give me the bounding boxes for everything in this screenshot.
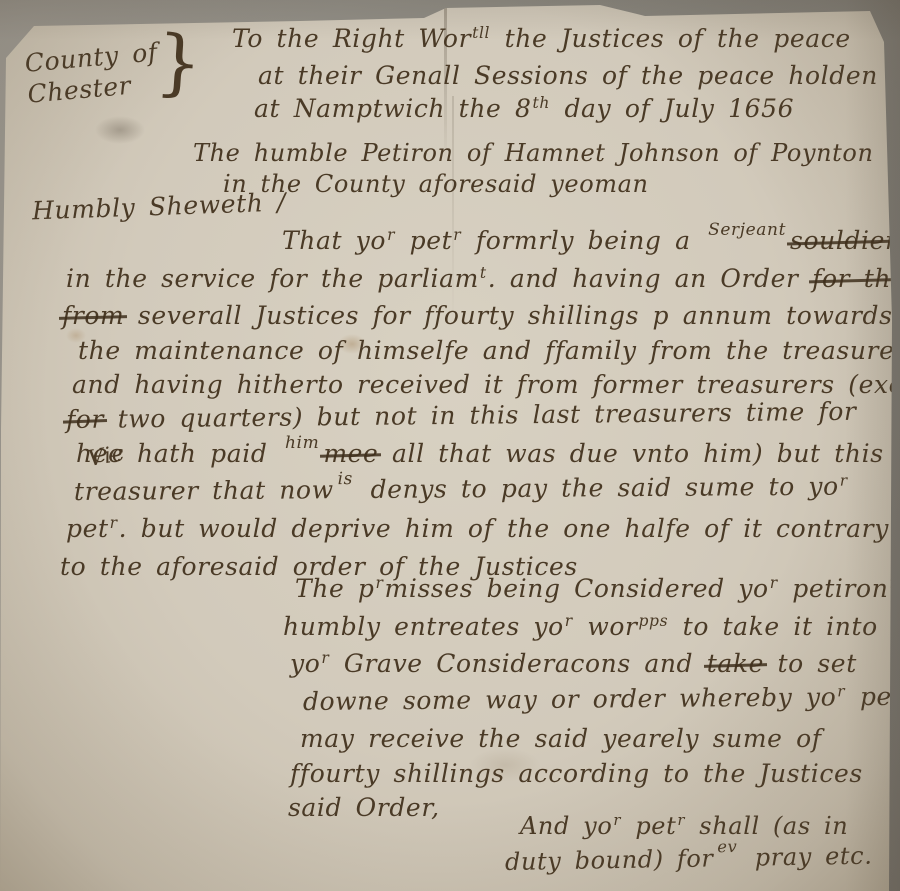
superscript-text: r	[321, 641, 329, 676]
superscript-text: pps	[639, 604, 669, 639]
struck-text: from	[62, 301, 124, 330]
superscript-text: r	[110, 506, 118, 541]
margin-note-sheweth: Humbly Sheweth /	[32, 188, 287, 226]
text-run: formrly being a	[462, 226, 704, 255]
text-run: in the County aforesaid yeoman	[223, 170, 649, 198]
manuscript-line: The humble Petiron of Hamnet Johnson of …	[193, 138, 874, 169]
text-run: pet	[846, 681, 900, 710]
stain-smudge	[95, 116, 145, 144]
text-run: wor	[574, 612, 638, 641]
text-run: to take it into	[669, 612, 878, 641]
text-run: pet	[66, 514, 109, 543]
text-run: ffourty shillings according to the Justi…	[290, 759, 863, 788]
struck-text: souldier	[790, 226, 898, 255]
manuscript-line: in the County aforesaid yeoman	[223, 169, 874, 200]
text-run: all that was due vnto him) but this	[378, 439, 883, 468]
heading-block: To the Right Wortll the Justices of the …	[232, 22, 878, 129]
text-run: . and having an Order	[488, 264, 812, 293]
salutation-block: The humble Petiron of Hamnet Johnson of …	[193, 138, 874, 200]
manuscript-line: To the Right Wortll the Justices of the …	[232, 22, 878, 59]
manuscript-line: petr. but would deprive him of the one h…	[66, 512, 900, 550]
interlinear-insertion: ev	[717, 830, 738, 863]
text-run: yo	[290, 649, 320, 678]
closing-prayer-block: The prmisses being Considered yor petiro…	[283, 572, 900, 826]
superscript-text: r	[613, 804, 621, 837]
text-run: in the service for the parliam	[66, 264, 479, 293]
manuscript-line: duty bound) forev pray etc.	[505, 840, 873, 881]
text-run: . but would deprive him of the one halfe…	[119, 514, 889, 543]
manuscript-line: The prmisses being Considered yor petiro…	[295, 572, 900, 610]
interlinear-insertion: him	[285, 426, 319, 461]
manuscript-line: yor Grave Consideracons and take to set	[290, 647, 900, 685]
text-run: severall Justices for ffourty shillings …	[124, 301, 892, 330]
text-run: humbly entreates yo	[283, 612, 564, 641]
petition-body-block: That yor petr formrly being a Serjeantso…	[60, 224, 900, 584]
text-run: at Namptwich the 8	[254, 94, 531, 123]
superscript-text: r	[770, 566, 778, 601]
text-run: Grave Consideracons and	[330, 649, 706, 678]
text-run: treasurer that now	[74, 475, 334, 506]
superscript-text: r	[840, 463, 848, 498]
text-run: pet	[396, 226, 452, 255]
manuscript-line: humbly entreates yor worpps to take it i…	[283, 610, 900, 648]
superscript-text: tll	[472, 17, 490, 50]
subscription-block: And yor petr shall (as induty bound) for…	[505, 810, 873, 881]
manuscript-line: That yor petr formrly being a Serjeantso…	[282, 224, 900, 262]
manuscript-line: ffourty shillings according to the Justi…	[290, 757, 900, 792]
text-run: two quarters) but not in this last treas…	[104, 396, 857, 433]
struck-text: for	[66, 404, 104, 433]
text-run: pet	[622, 812, 676, 840]
superscript-text: r	[565, 604, 573, 639]
text-run: shall (as in	[686, 812, 848, 840]
text-run: duty bound) for	[505, 844, 714, 876]
superscript-text: r	[376, 566, 384, 601]
manuscript-line: the maintenance of himselfe and ffamily …	[78, 334, 900, 369]
text-run: said Order,	[288, 793, 440, 822]
text-run: And yo	[520, 812, 612, 840]
text-run: downe some way or order whereby yo	[303, 682, 837, 716]
text-run: The humble Petiron of Hamnet Johnson of …	[193, 139, 874, 167]
manuscript-line: hee hath paid himmee all that was due vn…	[76, 437, 900, 475]
interlinear-insertion: is	[337, 462, 353, 497]
text-run: misses being Considered yo	[385, 574, 769, 603]
text-run: pray etc.	[741, 842, 872, 872]
manuscript-paper: County of Chester } To the Right Wortll …	[0, 0, 900, 891]
text-run: denys to pay the said sume to yo	[357, 471, 839, 503]
manuscript-line: in the service for the parliamt. and hav…	[66, 262, 900, 300]
superscript-text: r	[453, 218, 461, 253]
text-run: To the Right Wor	[232, 24, 471, 53]
text-run: may receive the said yearely sume of	[300, 724, 822, 753]
margin-note-county: County of Chester	[24, 36, 162, 109]
manuscript-line: downe some way or order whereby yor petr	[303, 679, 900, 722]
superscript-text: r	[837, 674, 845, 709]
struck-text: take	[707, 649, 764, 678]
manuscript-line: at Namptwich the 8th day of July 1656	[254, 92, 878, 129]
superscript-text: r	[677, 804, 685, 837]
superscript-text: th	[532, 87, 549, 120]
text-run: petiron	[779, 574, 889, 603]
text-run: the maintenance of himselfe and ffamily …	[78, 336, 900, 365]
superscript-text: t	[480, 256, 487, 291]
manuscript-line: may receive the said yearely sume of	[300, 722, 900, 757]
superscript-text: r	[889, 566, 897, 601]
text-run: the Justices of the peace	[491, 24, 851, 53]
manuscript-line: treasurer that nowis denys to pay the sa…	[74, 467, 900, 512]
photo-backdrop: County of Chester } To the Right Wortll …	[0, 0, 900, 891]
text-run: at their Genall Sessions of the peace ho…	[258, 61, 878, 90]
text-run: The p	[295, 574, 375, 603]
struck-text: for the	[812, 264, 900, 293]
text-run: That yo	[282, 226, 386, 255]
interlinear-insertion: Serjeant	[708, 213, 786, 248]
manuscript-line: from severall Justices for ffourty shill…	[62, 299, 900, 334]
brace-mark: }	[154, 24, 205, 99]
text-run: day of July 1656	[551, 94, 794, 123]
manuscript-line: at their Genall Sessions of the peace ho…	[258, 59, 878, 92]
superscript-text: r	[387, 218, 395, 253]
